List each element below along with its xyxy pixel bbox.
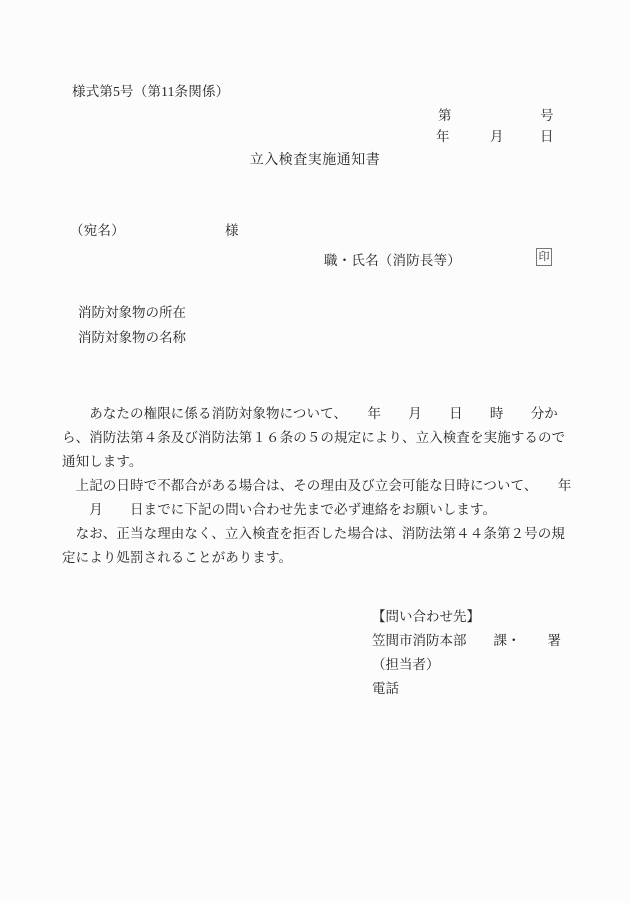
- contact-person-label: （担当者）: [372, 653, 561, 677]
- body-line: なお、正当な理由なく、立入検査を拒否した場合は、消防法第４４条第２号の規: [62, 522, 590, 546]
- date-month-label: 月: [490, 127, 504, 147]
- date-day-label: 日: [540, 127, 554, 147]
- addressee-label: （宛名）: [70, 221, 125, 241]
- property-name-label: 消防対象物の名称: [78, 325, 186, 350]
- contact-heading: 【問い合わせ先】: [372, 605, 561, 629]
- seal-stamp-box: 印: [536, 248, 552, 266]
- doc-number-prefix: 第: [438, 106, 452, 126]
- date-year-label: 年: [436, 127, 450, 147]
- body-line: あなたの権限に係る消防対象物について、 年 月 日 時 分か: [62, 402, 590, 426]
- property-info: 消防対象物の所在 消防対象物の名称: [78, 300, 186, 350]
- form-number: 様式第5号（第11条関係）: [72, 82, 229, 102]
- contact-phone-label: 電話: [372, 677, 561, 701]
- contact-info: 【問い合わせ先】 笠間市消防本部 課・ 署 （担当者） 電話: [372, 605, 561, 701]
- body-text: あなたの権限に係る消防対象物について、 年 月 日 時 分か ら、消防法第４条及…: [62, 402, 590, 570]
- body-line: 通知します。: [62, 450, 590, 474]
- body-line: 上記の日時で不都合がある場合は、その理由及び立会可能な日時について、 年: [62, 474, 590, 498]
- property-location-label: 消防対象物の所在: [78, 300, 186, 325]
- body-line: 月 日までに下記の問い合わせ先まで必ず連絡をお願いします。: [62, 498, 590, 522]
- doc-number-suffix: 号: [540, 106, 554, 126]
- seal-stamp-label: 印: [539, 252, 550, 263]
- document-page: 様式第5号（第11条関係） 第 号 年 月 日 立入検査実施通知書 （宛名） 様…: [0, 0, 630, 903]
- signer-label: 職・氏名（消防長等）: [324, 251, 461, 271]
- contact-organization: 笠間市消防本部 課・ 署: [372, 629, 561, 653]
- addressee-honorific: 様: [225, 221, 239, 241]
- body-line: 定により処罰されることがあります。: [62, 546, 590, 570]
- document-title: 立入検査実施通知書: [0, 150, 630, 172]
- body-line: ら、消防法第４条及び消防法第１６条の５の規定により、立入検査を実施するので: [62, 426, 590, 450]
